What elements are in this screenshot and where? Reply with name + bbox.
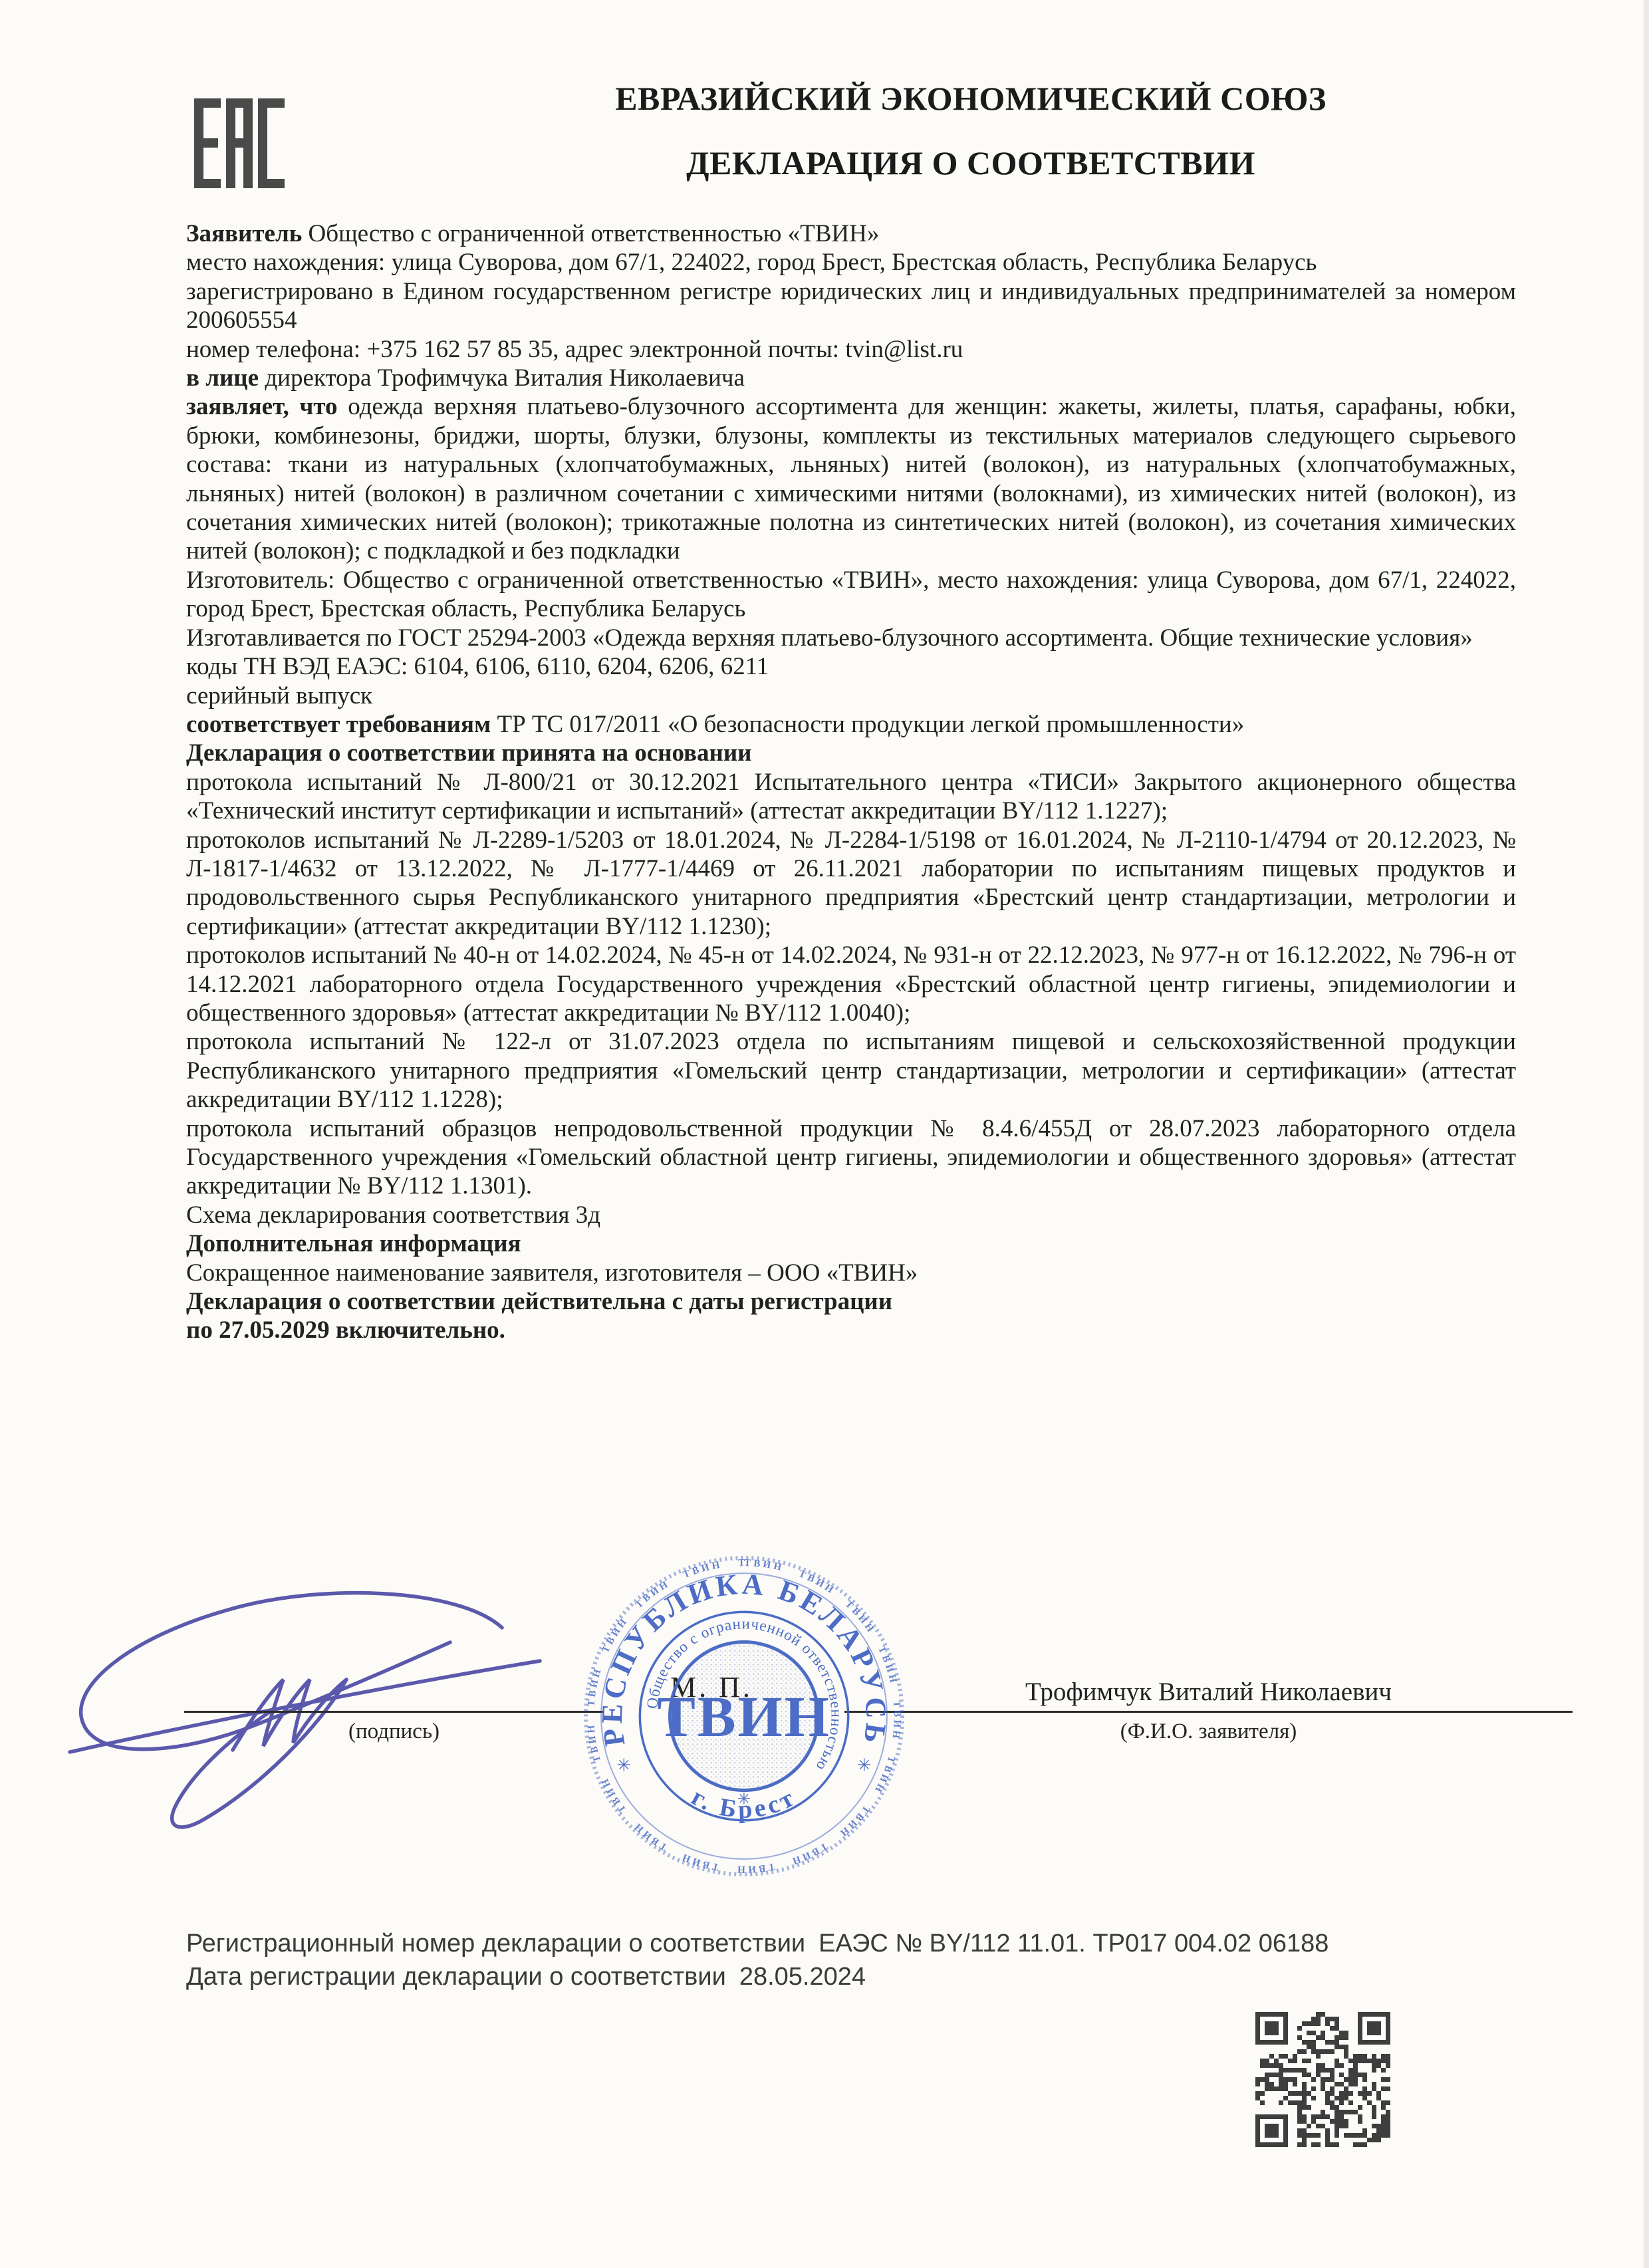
body-paragraph: протоколов испытаний № 40-н от 14.02.202…	[186, 941, 1516, 1027]
title-line-declaration: ДЕКЛАРАЦИЯ О СООТВЕТСТВИИ	[279, 131, 1649, 195]
body-paragraph: соответствует требованиям ТР ТС 017/2011…	[186, 710, 1516, 739]
scan-edge-shadow	[1644, 0, 1649, 2268]
document-title: ЕВРАЗИЙСКИЙ ЭКОНОМИЧЕСКИЙ СОЮЗ ДЕКЛАРАЦИ…	[279, 66, 1649, 195]
registration-number-value: ЕАЭС № BY/112 11.01. ТР017 004.02 06188	[819, 1930, 1329, 1957]
handwritten-signature	[33, 1549, 572, 1835]
body-paragraph: Схема декларирования соответствия 3д	[186, 1201, 1516, 1229]
stamp-separator-bottom: ✳	[737, 1791, 751, 1809]
body-paragraph: серийный выпуск	[186, 682, 1516, 710]
body-paragraph: номер телефона: +375 162 57 85 35, адрес…	[186, 335, 1516, 364]
registration-number-row: Регистрационный номер декларации о соотв…	[186, 1927, 1549, 1960]
body-paragraph: Сокращенное наименование заявителя, изго…	[186, 1259, 1516, 1287]
stamp-center-text: ТВИН	[657, 1685, 831, 1749]
body-paragraph: заявляет, что одежда верхняя платьево-бл…	[186, 392, 1516, 565]
body-paragraph: Декларация о соответствии действительна …	[186, 1287, 1516, 1316]
body-paragraph: протокола испытаний № Л-800/21 от 30.12.…	[186, 768, 1516, 826]
body-paragraph: в лице директора Трофимчука Виталия Нико…	[186, 364, 1516, 392]
stamp-separator-right: ✳	[857, 1755, 872, 1775]
registration-date-label: Дата регистрации декларации о соответств…	[186, 1963, 726, 1991]
stamp-separator-left: ✳	[616, 1755, 631, 1775]
body-paragraph: Изготавливается по ГОСТ 25294-2003 «Одеж…	[186, 624, 1516, 652]
eac-logo-icon	[194, 98, 285, 188]
company-stamp: ТВИН ТВИН ТВИН ТВИН ТВИН ТВИН ТВИН ТВИН …	[584, 1556, 904, 1876]
body-paragraph: протокола испытаний № 122-л от 31.07.202…	[186, 1027, 1516, 1114]
body-paragraph: Заявитель Общество с ограниченной ответс…	[186, 219, 1516, 248]
body-paragraph: Изготовитель: Общество с ограниченной от…	[186, 566, 1516, 624]
body-paragraph: протоколов испытаний № Л-2289-1/5203 от …	[186, 826, 1516, 942]
body-paragraph: по 27.05.2029 включительно.	[186, 1316, 1516, 1344]
body-paragraph: Дополнительная информация	[186, 1229, 1516, 1258]
body-paragraph: коды ТН ВЭД ЕАЭС: 6104, 6106, 6110, 6204…	[186, 652, 1516, 681]
title-line-union: ЕВРАЗИЙСКИЙ ЭКОНОМИЧЕСКИЙ СОЮЗ	[279, 66, 1649, 131]
name-line	[844, 1711, 1573, 1713]
declaration-document: ЕВРАЗИЙСКИЙ ЭКОНОМИЧЕСКИЙ СОЮЗ ДЕКЛАРАЦИ…	[0, 0, 1649, 2268]
body-paragraph: место нахождения: улица Суворова, дом 67…	[186, 248, 1516, 277]
registration-date-value: 28.05.2024	[739, 1963, 866, 1991]
body-paragraph: зарегистрировано в Едином государственно…	[186, 277, 1516, 335]
applicant-name: Трофимчук Виталий Николаевич	[844, 1677, 1573, 1707]
registration-block: Регистрационный номер декларации о соотв…	[186, 1927, 1549, 1993]
fio-caption: (Ф.И.О. заявителя)	[844, 1719, 1573, 1744]
signature-caption: (подпись)	[184, 1719, 604, 1744]
body-paragraph: Декларация о соответствии принята на осн…	[186, 739, 1516, 767]
registration-number-label: Регистрационный номер декларации о соотв…	[186, 1930, 805, 1957]
registration-date-row: Дата регистрации декларации о соответств…	[186, 1960, 1549, 1993]
qr-code	[1255, 2012, 1390, 2147]
eac-logo	[194, 98, 285, 191]
body-text: Заявитель Общество с ограниченной ответс…	[186, 219, 1516, 1345]
signature-line	[184, 1711, 604, 1713]
body-paragraph: протокола испытаний образцов непродоволь…	[186, 1114, 1516, 1201]
